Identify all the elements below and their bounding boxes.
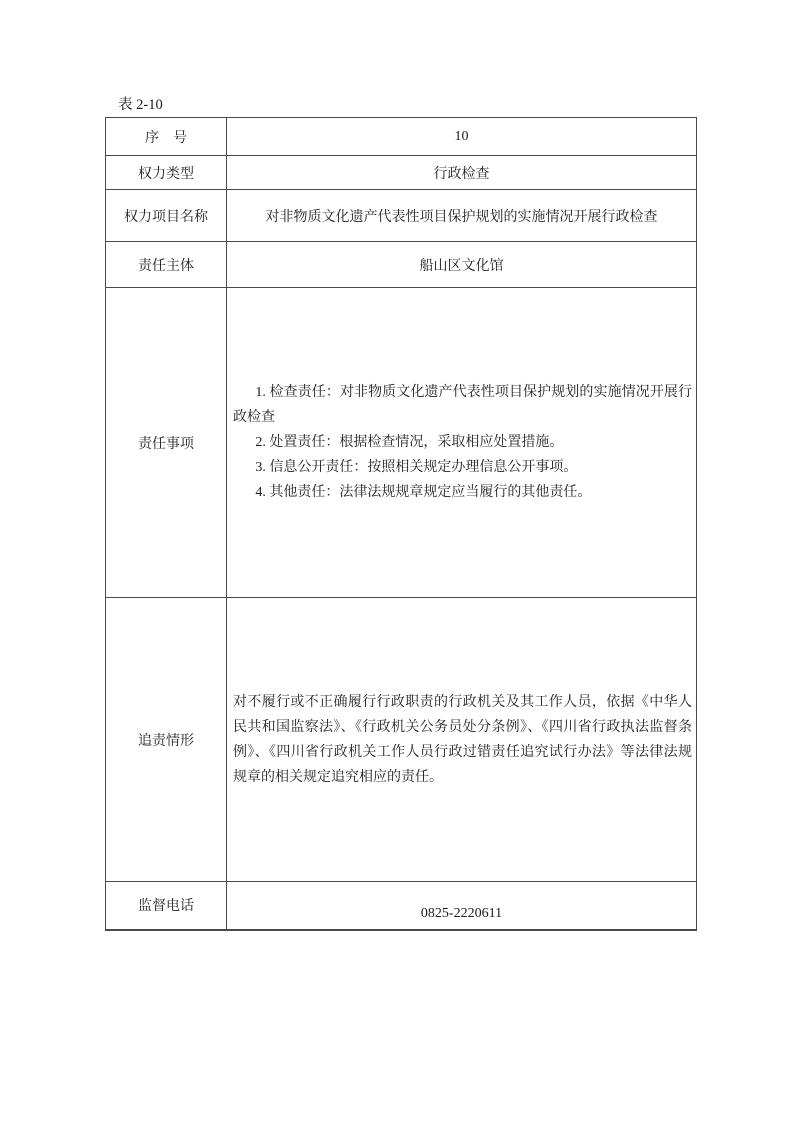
row-value-serial-number: 10: [227, 118, 697, 156]
table-row-power-project-name: 权力项目名称 对非物质文化遗产代表性项目保护规划的实施情况开展行政检查: [106, 190, 697, 242]
table-row-accountability: 追责情形 对不履行或不正确履行行政职责的行政机关及其工作人员，依据《中华人民共和…: [106, 598, 697, 882]
accountability-paragraph: 对不履行或不正确履行行政职责的行政机关及其工作人员，依据《中华人民共和国监察法》…: [227, 690, 696, 790]
row-label-power-type: 权力类型: [106, 156, 227, 190]
responsibility-item-4: 4. 其他责任：法律法规规章规定应当履行的其他责任。: [233, 480, 692, 505]
row-value-supervision-phone: 0825-2220611: [227, 882, 697, 930]
row-label-power-project-name: 权力项目名称: [106, 190, 227, 242]
responsibility-items-list: 1. 检查责任：对非物质文化遗产代表性项目保护规划的实施情况开展行政检查 2. …: [227, 380, 696, 505]
table-row-supervision-phone: 监督电话 0825-2220611: [106, 882, 697, 930]
supervision-phone-number: 0825-2220611: [227, 907, 696, 929]
row-value-responsibility-items: 1. 检查责任：对非物质文化遗产代表性项目保护规划的实施情况开展行政检查 2. …: [227, 288, 697, 598]
responsibility-item-1: 1. 检查责任：对非物质文化遗产代表性项目保护规划的实施情况开展行政检查: [233, 380, 692, 430]
power-item-table: 序 号 10 权力类型 行政检查 权力项目名称 对非物质文化遗产代表性项目保护规…: [105, 117, 697, 931]
row-label-serial-number: 序 号: [106, 118, 227, 156]
row-value-responsible-entity: 船山区文化馆: [227, 242, 697, 288]
row-value-accountability: 对不履行或不正确履行行政职责的行政机关及其工作人员，依据《中华人民共和国监察法》…: [227, 598, 697, 882]
row-label-accountability: 追责情形: [106, 598, 227, 882]
row-value-power-project-name: 对非物质文化遗产代表性项目保护规划的实施情况开展行政检查: [227, 190, 697, 242]
row-label-responsible-entity: 责任主体: [106, 242, 227, 288]
table-row-power-type: 权力类型 行政检查: [106, 156, 697, 190]
responsibility-item-3: 3. 信息公开责任：按照相关规定办理信息公开事项。: [233, 455, 692, 480]
responsibility-item-2: 2. 处置责任：根据检查情况，采取相应处置措施。: [233, 430, 692, 455]
table-row-responsibility-items: 责任事项 1. 检查责任：对非物质文化遗产代表性项目保护规划的实施情况开展行政检…: [106, 288, 697, 598]
row-label-supervision-phone: 监督电话: [106, 882, 227, 930]
row-value-power-type: 行政检查: [227, 156, 697, 190]
table-row-serial: 序 号 10: [106, 118, 697, 156]
table-row-responsible-entity: 责任主体 船山区文化馆: [106, 242, 697, 288]
row-label-responsibility-items: 责任事项: [106, 288, 227, 598]
table-caption: 表 2-10: [118, 97, 163, 113]
document-page: 表 2-10 序 号 10 权力类型 行政检查 权力项目名称 对非物质文化遗产代…: [0, 0, 793, 1122]
